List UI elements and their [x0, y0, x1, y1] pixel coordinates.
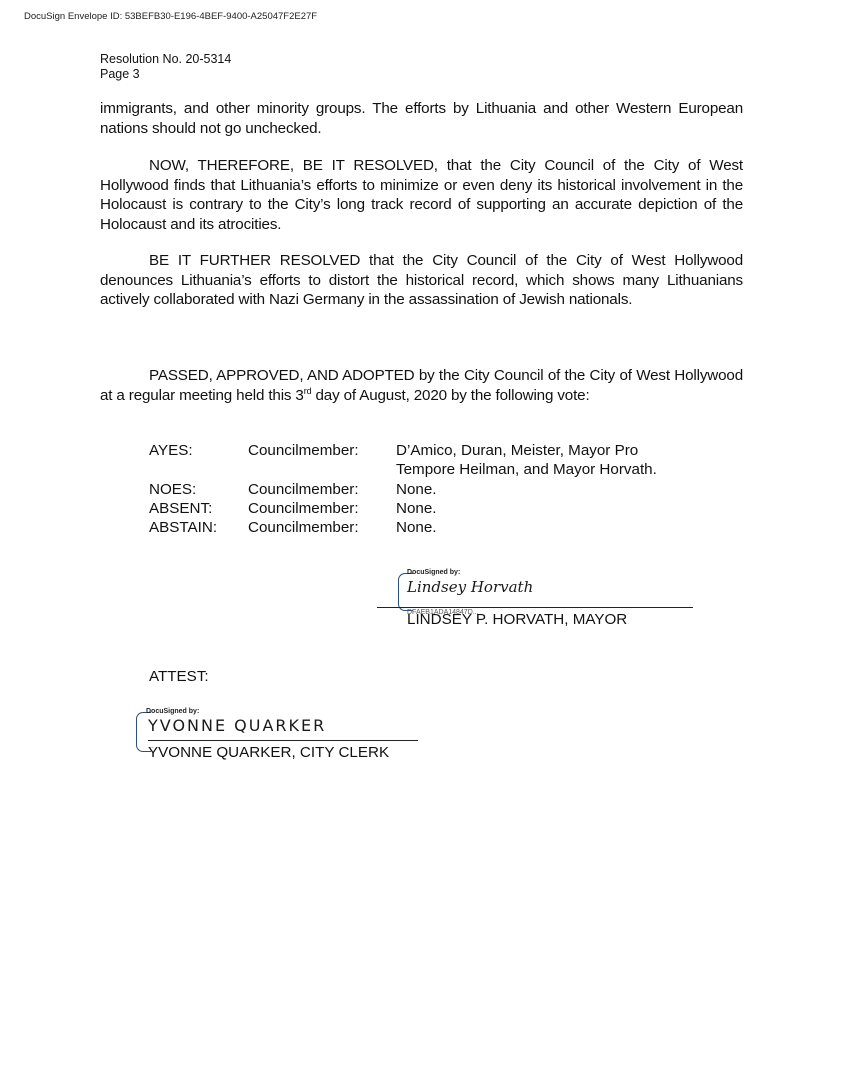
mayor-name: LINDSEY P. HORVATH, MAYOR — [407, 611, 627, 628]
vote-names: None. — [396, 518, 696, 537]
mayor-signature-block: DocuSigned by: Lindsey Horvath DFAEB1ADA… — [377, 566, 693, 632]
vote-role: Councilmember: — [248, 480, 396, 499]
signature-line — [377, 607, 693, 608]
passed-text-end: day of August, 2020 by the following vot… — [311, 387, 589, 404]
vote-role: Councilmember: — [248, 518, 396, 537]
vote-names: None. — [396, 499, 696, 518]
vote-names: D’Amico, Duran, Meister, Mayor Pro Tempo… — [396, 441, 696, 480]
page-number: Page 3 — [100, 67, 231, 82]
resolution-number: Resolution No. 20-5314 — [100, 52, 231, 67]
envelope-id: DocuSign Envelope ID: 53BEFB30-E196-4BEF… — [24, 11, 317, 22]
vote-row-ayes: AYES: Councilmember: D’Amico, Duran, Mei… — [149, 441, 696, 480]
clerk-name: YVONNE QUARKER, CITY CLERK — [148, 744, 389, 761]
vote-row-abstain: ABSTAIN: Councilmember: None. — [149, 518, 696, 537]
vote-role: Councilmember: — [248, 499, 396, 518]
vote-role: Councilmember: — [248, 441, 396, 480]
vote-type: NOES: — [149, 480, 248, 499]
docusigned-label: DocuSigned by: — [146, 708, 199, 715]
vote-row-absent: ABSENT: Councilmember: None. — [149, 499, 696, 518]
document-header: Resolution No. 20-5314 Page 3 — [100, 52, 231, 82]
vote-table: AYES: Councilmember: D’Amico, Duran, Mei… — [149, 441, 696, 537]
docusigned-label: DocuSigned by: — [407, 569, 460, 576]
paragraph-continuation: immigrants, and other minority groups. T… — [100, 99, 743, 138]
signature-line — [148, 740, 418, 741]
attest-label: ATTEST: — [149, 668, 209, 685]
mayor-signature: Lindsey Horvath — [407, 578, 533, 596]
clerk-signature-block: DocuSigned by: YVONNE QUARKER ... YVONNE… — [136, 705, 418, 765]
paragraph-resolved: NOW, THEREFORE, BE IT RESOLVED, that the… — [100, 156, 743, 234]
paragraph-further-resolved: BE IT FURTHER RESOLVED that the City Cou… — [100, 251, 743, 310]
clerk-signature: YVONNE QUARKER — [148, 716, 326, 735]
vote-type: ABSTAIN: — [149, 518, 248, 537]
vote-type: AYES: — [149, 441, 248, 480]
vote-type: ABSENT: — [149, 499, 248, 518]
paragraph-passed: PASSED, APPROVED, AND ADOPTED by the Cit… — [100, 366, 743, 405]
vote-row-noes: NOES: Councilmember: None. — [149, 480, 696, 499]
vote-names: None. — [396, 480, 696, 499]
